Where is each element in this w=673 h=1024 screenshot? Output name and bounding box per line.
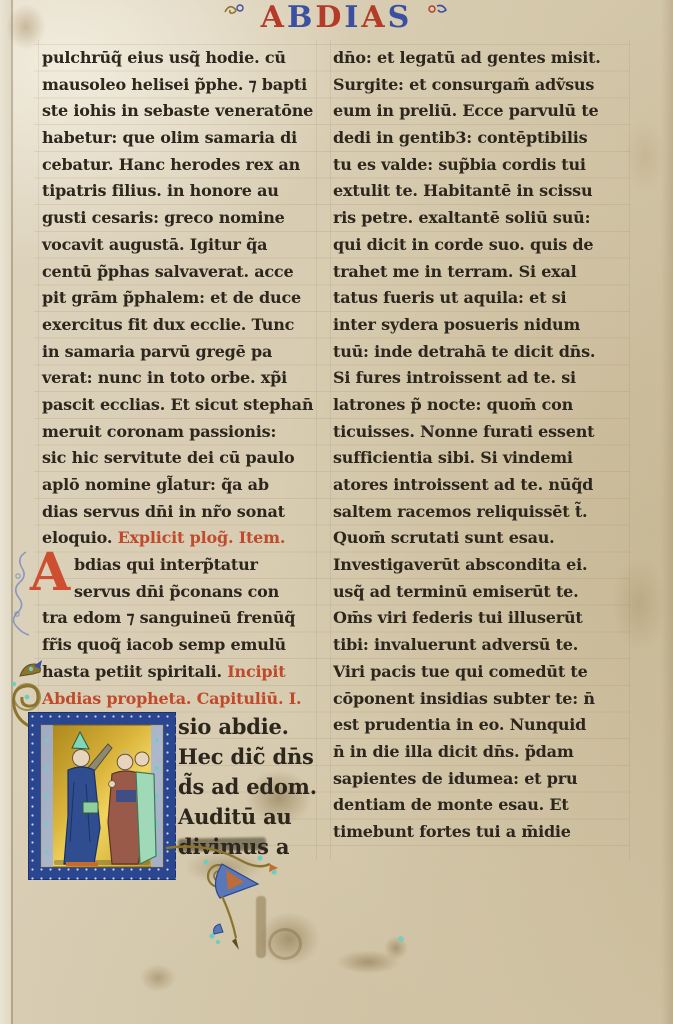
title-letter: A [361, 0, 387, 35]
title-letter: D [315, 0, 344, 35]
text-line: vocavit augustā. Igitur q̃a [42, 232, 316, 259]
body-text: habetur: que olim samaria di [42, 128, 297, 147]
body-text: fr̃is quoq̃ iacob semp emulū [42, 635, 286, 654]
body-text: timebunt fortes tui a m̄idie [333, 822, 571, 841]
body-text: Quom̄ scrutati sunt esau. [333, 528, 555, 547]
text-line: pit grām p̃phalem: et de duce [42, 285, 316, 312]
body-text: vocavit augustā. Igitur q̃a [42, 235, 267, 254]
text-line: sic hic servitute dei cū paulo [42, 445, 316, 472]
body-text: sufficientia sibi. Si vindemi [333, 448, 573, 467]
text-line: Auditū au [178, 802, 316, 832]
text-line: gusti cesaris: greco nomine [42, 205, 316, 232]
body-text: gusti cesaris: greco nomine [42, 208, 285, 227]
text-line: sio abdie. [178, 712, 316, 742]
text-line: Si fures introissent ad te. si [333, 365, 627, 392]
text-line: inter sydera posueris nidum [333, 312, 627, 339]
text-line: pascit ecclias. Et sicut stephan̄ [42, 392, 316, 419]
text-line: extulit te. Habitantē in scissu [333, 178, 627, 205]
text-line: usq̃ ad terminū emiserūt te. [333, 579, 627, 606]
text-line: verat: nunc in toto orbe. xp̃i [42, 365, 316, 392]
column-guide-line [330, 40, 331, 860]
text-line: tuū: inde detrahā te dicit dn̄s. [333, 339, 627, 366]
body-text: n̄ in die illa dicit dn̄s. p̃dam [333, 742, 574, 761]
text-line: dias servus dn̄i in nr̃o sonat [42, 499, 316, 526]
body-text: dias servus dn̄i in nr̃o sonat [42, 502, 285, 521]
column-guide-line [316, 40, 317, 860]
body-text: cebatur. Hanc herodes rex an [42, 155, 300, 174]
body-text: tipatris filius. in honore au [42, 181, 279, 200]
text-line: meruit coronam passionis: [42, 419, 316, 446]
body-text: hasta petiit spiritali. [42, 662, 227, 681]
text-line: trahet me in terram. Si exal [333, 259, 627, 286]
title-letter: S [388, 0, 413, 35]
text-line: tu es valde: sup̃bia cordis tui [333, 152, 627, 179]
body-text: verat: nunc in toto orbe. xp̃i [42, 368, 287, 387]
pigment-dot [398, 936, 404, 942]
body-text: eum in preliū. Ecce parvulū te [333, 101, 599, 120]
body-text: mausoleo helisei p̃phe. ⁊ bapti [42, 75, 307, 94]
page-left-edge [11, 0, 13, 1024]
text-line: dentiam de monte esau. Et [333, 792, 627, 819]
page-left-backing [0, 0, 11, 1024]
body-text: Investigaverūt abscondita ei. [333, 555, 587, 574]
text-line: sapientes de idumea: et pru [333, 766, 627, 793]
body-text: aplō nomine gl̃atur: q̃a ab [42, 475, 269, 494]
penwork-curl-icon [222, 0, 248, 22]
text-line: atores introissent ad te. nūq̃d [333, 472, 627, 499]
body-text: d̃s ad edom. [178, 774, 317, 799]
body-text: sapientes de idumea: et pru [333, 769, 577, 788]
body-text: servus dn̄i p̃conans con [74, 582, 279, 601]
running-title: ABDIAS [0, 0, 673, 40]
body-text: ste iohis in sebaste veneratōne [42, 101, 313, 120]
text-line: qui dicit in corde suo. quis de [333, 232, 627, 259]
text-line: tibi: invaluerunt adversū te. [333, 632, 627, 659]
body-text: Surgite: et consurgam̃ adṽsus [333, 75, 594, 94]
text-line: Hec dic̃ dn̄s [178, 742, 316, 772]
text-line: dn̄o: et legatū ad gentes misit. [333, 45, 627, 72]
body-text: meruit coronam passionis: [42, 422, 276, 441]
body-text: extulit te. Habitantē in scissu [333, 181, 592, 200]
text-line: bdias qui interp̃tatur [42, 552, 316, 579]
text-line: est prudentia in eo. Nunquid [333, 712, 627, 739]
text-line: tatus fueris ut aquila: et si [333, 285, 627, 312]
text-line: ris petre. exaltantē soliū suū: [333, 205, 627, 232]
body-text: Om̄s viri federis tui illuserūt [333, 608, 583, 627]
blue-penwork-icon [10, 548, 36, 648]
text-line: tipatris filius. in honore au [42, 178, 316, 205]
penwork-curl-icon [425, 0, 451, 22]
text-line: Om̄s viri federis tui illuserūt [333, 605, 627, 632]
title-letter: I [344, 0, 361, 35]
text-line: in samaria parvū gregē pa [42, 339, 316, 366]
body-text: sio abdie. [178, 714, 289, 739]
text-line: Abdias propheta. Capituliū. I. [42, 686, 316, 713]
text-line: fr̃is quoq̃ iacob semp emulū [42, 632, 316, 659]
rubric-text: Explicit plog̃. Item. [118, 528, 286, 547]
text-line: ticuisses. Nonne furati essent [333, 419, 627, 446]
body-text: dedi in gentib3: contēptibilis [333, 128, 587, 147]
parchment-stain [140, 964, 176, 992]
body-text: latrones p̃ nocte: quom̄ con [333, 395, 573, 414]
body-text: pascit ecclias. Et sicut stephan̄ [42, 395, 313, 414]
body-text: sic hic servitute dei cū paulo [42, 448, 294, 467]
text-line: pulchrūq̃ eius usq̃ hodie. cū [42, 45, 316, 72]
text-line: hasta petiit spiritali. Incipit [42, 659, 316, 686]
body-text: tibi: invaluerunt adversū te. [333, 635, 578, 654]
text-line: n̄ in die illa dicit dn̄s. p̃dam [333, 739, 627, 766]
body-text: bdias qui interp̃tatur [74, 555, 258, 574]
text-line: eum in preliū. Ecce parvulū te [333, 98, 627, 125]
text-line: sufficientia sibi. Si vindemi [333, 445, 627, 472]
text-line: saltem racemos reliquissēt t̃. [333, 499, 627, 526]
parchment-page: ABDIAS A pulchrūq̃ eius usq̃ hodie. cūma… [0, 0, 673, 1024]
parchment-stain [384, 936, 408, 960]
body-text: tra edom ⁊ sanguineū frenūq̃ [42, 608, 295, 627]
body-text: pulchrūq̃ eius usq̃ hodie. cū [42, 48, 286, 67]
body-text: dn̄o: et legatū ad gentes misit. [333, 48, 601, 67]
text-line: tra edom ⁊ sanguineū frenūq̃ [42, 605, 316, 632]
text-line: latrones p̃ nocte: quom̄ con [333, 392, 627, 419]
body-text: Hec dic̃ dn̄s [178, 744, 314, 769]
parchment-stain [336, 950, 400, 974]
text-line: ste iohis in sebaste veneratōne [42, 98, 316, 125]
column-guide-line [629, 40, 630, 860]
text-line: eloquio. Explicit plog̃. Item. [42, 525, 316, 552]
body-text: in samaria parvū gregē pa [42, 342, 272, 361]
text-line: Viri pacis tue qui comedūt te [333, 659, 627, 686]
title-letter: A [261, 0, 287, 35]
rubric-text: Incipit [227, 662, 285, 681]
text-line: exercitus fit dux ecclie. Tunc [42, 312, 316, 339]
body-text: Auditū au [178, 804, 292, 829]
manuscript-photo: { "title": { "text": "ABDIAS", "letters"… [0, 0, 673, 1024]
text-line: Surgite: et consurgam̃ adṽsus [333, 72, 627, 99]
text-line: aplō nomine gl̃atur: q̃a ab [42, 472, 316, 499]
text-line: servus dn̄i p̃conans con [42, 579, 316, 606]
body-text: exercitus fit dux ecclie. Tunc [42, 315, 294, 334]
rubric-text: Abdias propheta. Capituliū. I. [42, 689, 301, 708]
body-text: ris petre. exaltantē soliū suū: [333, 208, 590, 227]
body-text: Viri pacis tue qui comedūt te [333, 662, 588, 681]
right-column-text: dn̄o: et legatū ad gentes misit.Surgite:… [333, 45, 627, 846]
body-text: cōponent insidias subter te: n̄ [333, 689, 595, 708]
body-text: saltem racemos reliquissēt t̃. [333, 502, 587, 521]
text-line: timebunt fortes tui a m̄idie [333, 819, 627, 846]
page-title: ABDIAS [261, 0, 413, 36]
body-text: dentiam de monte esau. Et [333, 795, 569, 814]
text-line: centū p̃phas salvaverat. acce [42, 259, 316, 286]
text-line: d̃s ad edom. [178, 772, 316, 802]
text-line: Investigaverūt abscondita ei. [333, 552, 627, 579]
historiated-initial-V [28, 712, 176, 884]
text-line: mausoleo helisei p̃phe. ⁊ bapti [42, 72, 316, 99]
text-line: cōponent insidias subter te: n̄ [333, 686, 627, 713]
parchment-stain [624, 118, 666, 194]
text-line: Quom̄ scrutati sunt esau. [333, 525, 627, 552]
body-text: atores introissent ad te. nūq̃d [333, 475, 593, 494]
body-text: qui dicit in corde suo. quis de [333, 235, 593, 254]
body-text: pit grām p̃phalem: et de duce [42, 288, 301, 307]
body-text: trahet me in terram. Si exal [333, 262, 577, 281]
body-text: ticuisses. Nonne furati essent [333, 422, 594, 441]
foliate-tail-flourish-icon [162, 832, 280, 958]
body-text: centū p̃phas salvaverat. acce [42, 262, 293, 281]
text-line: habetur: que olim samaria di [42, 125, 316, 152]
text-line: dedi in gentib3: contēptibilis [333, 125, 627, 152]
body-text: tuū: inde detrahā te dicit dn̄s. [333, 342, 595, 361]
body-text: tatus fueris ut aquila: et si [333, 288, 566, 307]
body-text: inter sydera posueris nidum [333, 315, 580, 334]
body-text: est prudentia in eo. Nunquid [333, 715, 586, 734]
text-line: cebatur. Hanc herodes rex an [42, 152, 316, 179]
page-right-shade [661, 0, 673, 1024]
title-letter: B [287, 0, 315, 35]
body-text: Si fures introissent ad te. si [333, 368, 576, 387]
body-text: tu es valde: sup̃bia cordis tui [333, 155, 586, 174]
body-text: usq̃ ad terminū emiserūt te. [333, 582, 579, 601]
